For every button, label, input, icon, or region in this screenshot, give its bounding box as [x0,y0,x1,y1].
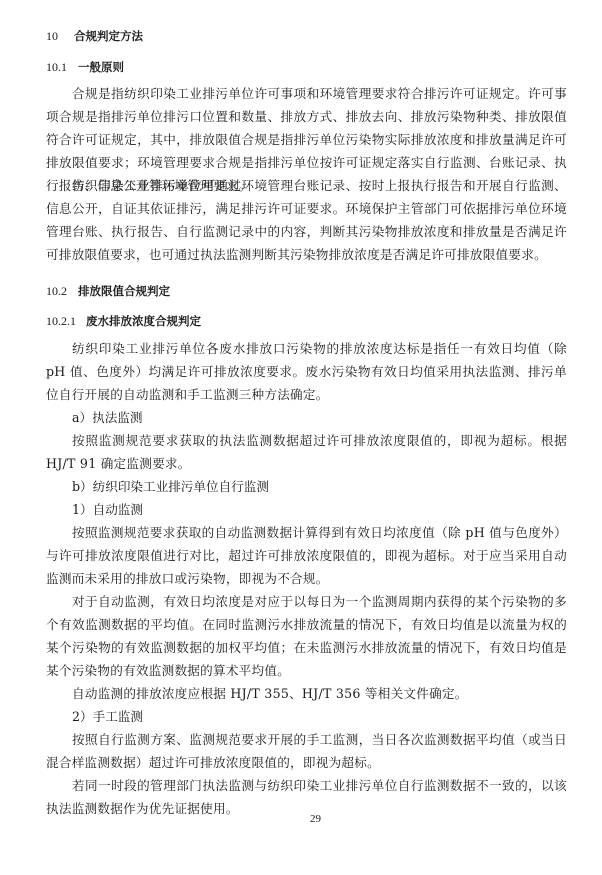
heading-section-10-1: 10.1一般原则 [46,59,124,75]
heading-section-10-2-1: 10.2.1废水排放浓度合规判定 [46,313,201,329]
heading-section-10: 10合规判定方法 [46,28,143,44]
heading-title: 废水排放浓度合规判定 [86,314,201,328]
paragraph-closing: 若同一时段的管理部门执法监测与纺织印染工业排污单位自行监测数据不一致的，以该执法… [46,774,567,820]
paragraph-general-principle-2: 纺织印染工业排污单位可通过环境管理台账记录、按时上报执行报告和开展自行监测、信息… [46,174,567,266]
heading-number: 10 [46,29,74,44]
paragraph-manual-monitoring: 按照自行监测方案、监测规范要求开展的手工监测，当日各次监测数据平均值（或当日混合… [46,728,567,774]
list-item-b2-label: 2）手工监测 [72,705,143,728]
heading-title: 排放限值合规判定 [78,284,170,298]
paragraph-law-enforcement-monitoring: 按照监测规范要求获取的执法监测数据超过许可排放浓度限值的，即视为超标。根据 HJ… [46,429,567,475]
heading-number: 10.2.1 [46,314,86,329]
paragraph-auto-monitoring-2: 对于自动监测，有效日均浓度是对应于以每日为一个监测周期内获得的某个污染物的多个有… [46,590,567,682]
paragraph-auto-monitoring-3: 自动监测的排放浓度应根据 HJ/T 355、HJ/T 356 等相关文件确定。 [46,682,567,705]
heading-number: 10.1 [46,60,78,75]
list-item-a-label: a）执法监测 [72,406,142,429]
paragraph-wastewater-intro: 纺织印染工业排污单位各废水排放口污染物的排放浓度达标是指任一有效日均值（除 pH… [46,337,567,406]
list-item-b1-label: 1）自动监测 [72,498,143,521]
heading-title: 一般原则 [78,60,124,74]
heading-section-10-2: 10.2排放限值合规判定 [46,283,170,299]
page-number: 29 [310,813,321,825]
heading-number: 10.2 [46,284,78,299]
paragraph-auto-monitoring-1: 按照监测规范要求获取的自动监测数据计算得到有效日均浓度值（除 pH 值与色度外）… [46,521,567,590]
list-item-b-label: b）纺织印染工业排污单位自行监测 [72,475,269,498]
heading-title: 合规判定方法 [74,29,143,43]
